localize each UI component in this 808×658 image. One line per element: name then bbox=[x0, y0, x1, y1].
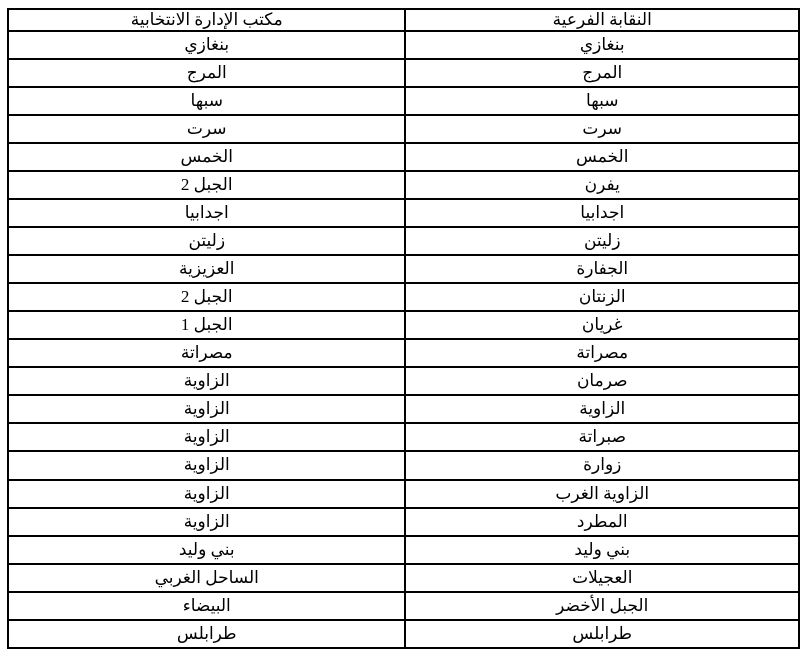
cell-office: طرابلس bbox=[8, 620, 405, 648]
cell-office: بنغازي bbox=[8, 31, 405, 59]
table-row: غريان الجبل 1 bbox=[8, 311, 799, 339]
cell-office: سبها bbox=[8, 87, 405, 115]
table-row: طرابلس طرابلس bbox=[8, 620, 799, 648]
cell-office: الزاوية bbox=[8, 367, 405, 395]
table-row: الجفارة العزيزية bbox=[8, 255, 799, 283]
table-row: الجبل الأخضر البيضاء bbox=[8, 592, 799, 620]
cell-branch: الزاوية bbox=[405, 395, 799, 423]
cell-office: الزاوية bbox=[8, 508, 405, 536]
cell-branch: صرمان bbox=[405, 367, 799, 395]
cell-branch: سبها bbox=[405, 87, 799, 115]
cell-branch: اجدابيا bbox=[405, 199, 799, 227]
table-row: صبراتة الزاوية bbox=[8, 423, 799, 451]
table-row: زليتن زليتن bbox=[8, 227, 799, 255]
table-row: سبها سبها bbox=[8, 87, 799, 115]
table-row: بنغازي بنغازي bbox=[8, 31, 799, 59]
cell-branch: غريان bbox=[405, 311, 799, 339]
cell-office: البيضاء bbox=[8, 592, 405, 620]
cell-branch: بني وليد bbox=[405, 536, 799, 564]
cell-branch: الجبل الأخضر bbox=[405, 592, 799, 620]
cell-office: الجبل 1 bbox=[8, 311, 405, 339]
cell-branch: طرابلس bbox=[405, 620, 799, 648]
cell-branch: زوارة bbox=[405, 451, 799, 479]
table-row: الزاوية الزاوية bbox=[8, 395, 799, 423]
table-row: الزنتان الجبل 2 bbox=[8, 283, 799, 311]
cell-branch: الجفارة bbox=[405, 255, 799, 283]
cell-branch: المرج bbox=[405, 59, 799, 87]
table-row: الزاوية الغرب الزاوية bbox=[8, 480, 799, 508]
cell-branch: بنغازي bbox=[405, 31, 799, 59]
cell-branch: الزنتان bbox=[405, 283, 799, 311]
table-row: يفرن الجبل 2 bbox=[8, 171, 799, 199]
header-row: النقابة الفرعية مكتب الإدارة الانتخابية bbox=[8, 9, 799, 31]
cell-office: سرت bbox=[8, 115, 405, 143]
cell-office: الزاوية bbox=[8, 423, 405, 451]
table-row: زوارة الزاوية bbox=[8, 451, 799, 479]
table-row: سرت سرت bbox=[8, 115, 799, 143]
cell-office: الزاوية bbox=[8, 480, 405, 508]
table-row: العجيلات الساحل الغربي bbox=[8, 564, 799, 592]
table-container: النقابة الفرعية مكتب الإدارة الانتخابية … bbox=[7, 8, 800, 649]
cell-office: العزيزية bbox=[8, 255, 405, 283]
cell-office: الجبل 2 bbox=[8, 283, 405, 311]
cell-branch: الخمس bbox=[405, 143, 799, 171]
table-row: الخمس الخمس bbox=[8, 143, 799, 171]
branch-office-table: النقابة الفرعية مكتب الإدارة الانتخابية … bbox=[7, 8, 800, 649]
column-header-office: مكتب الإدارة الانتخابية bbox=[8, 9, 405, 31]
cell-office: الزاوية bbox=[8, 395, 405, 423]
column-header-branch: النقابة الفرعية bbox=[405, 9, 799, 31]
table-row: صرمان الزاوية bbox=[8, 367, 799, 395]
cell-branch: الزاوية الغرب bbox=[405, 480, 799, 508]
cell-office: بني وليد bbox=[8, 536, 405, 564]
table-row: اجدابيا اجدابيا bbox=[8, 199, 799, 227]
cell-branch: العجيلات bbox=[405, 564, 799, 592]
cell-branch: صبراتة bbox=[405, 423, 799, 451]
table-body: بنغازي بنغازي المرج المرج سبها سبها سرت … bbox=[8, 31, 799, 648]
table-row: بني وليد بني وليد bbox=[8, 536, 799, 564]
cell-office: زليتن bbox=[8, 227, 405, 255]
cell-branch: المطرد bbox=[405, 508, 799, 536]
cell-office: اجدابيا bbox=[8, 199, 405, 227]
cell-office: المرج bbox=[8, 59, 405, 87]
cell-office: الزاوية bbox=[8, 451, 405, 479]
cell-office: مصراتة bbox=[8, 339, 405, 367]
table-row: المطرد الزاوية bbox=[8, 508, 799, 536]
cell-branch: يفرن bbox=[405, 171, 799, 199]
cell-branch: مصراتة bbox=[405, 339, 799, 367]
cell-office: الجبل 2 bbox=[8, 171, 405, 199]
cell-office: الساحل الغربي bbox=[8, 564, 405, 592]
table-row: المرج المرج bbox=[8, 59, 799, 87]
cell-office: الخمس bbox=[8, 143, 405, 171]
table-row: مصراتة مصراتة bbox=[8, 339, 799, 367]
cell-branch: سرت bbox=[405, 115, 799, 143]
cell-branch: زليتن bbox=[405, 227, 799, 255]
